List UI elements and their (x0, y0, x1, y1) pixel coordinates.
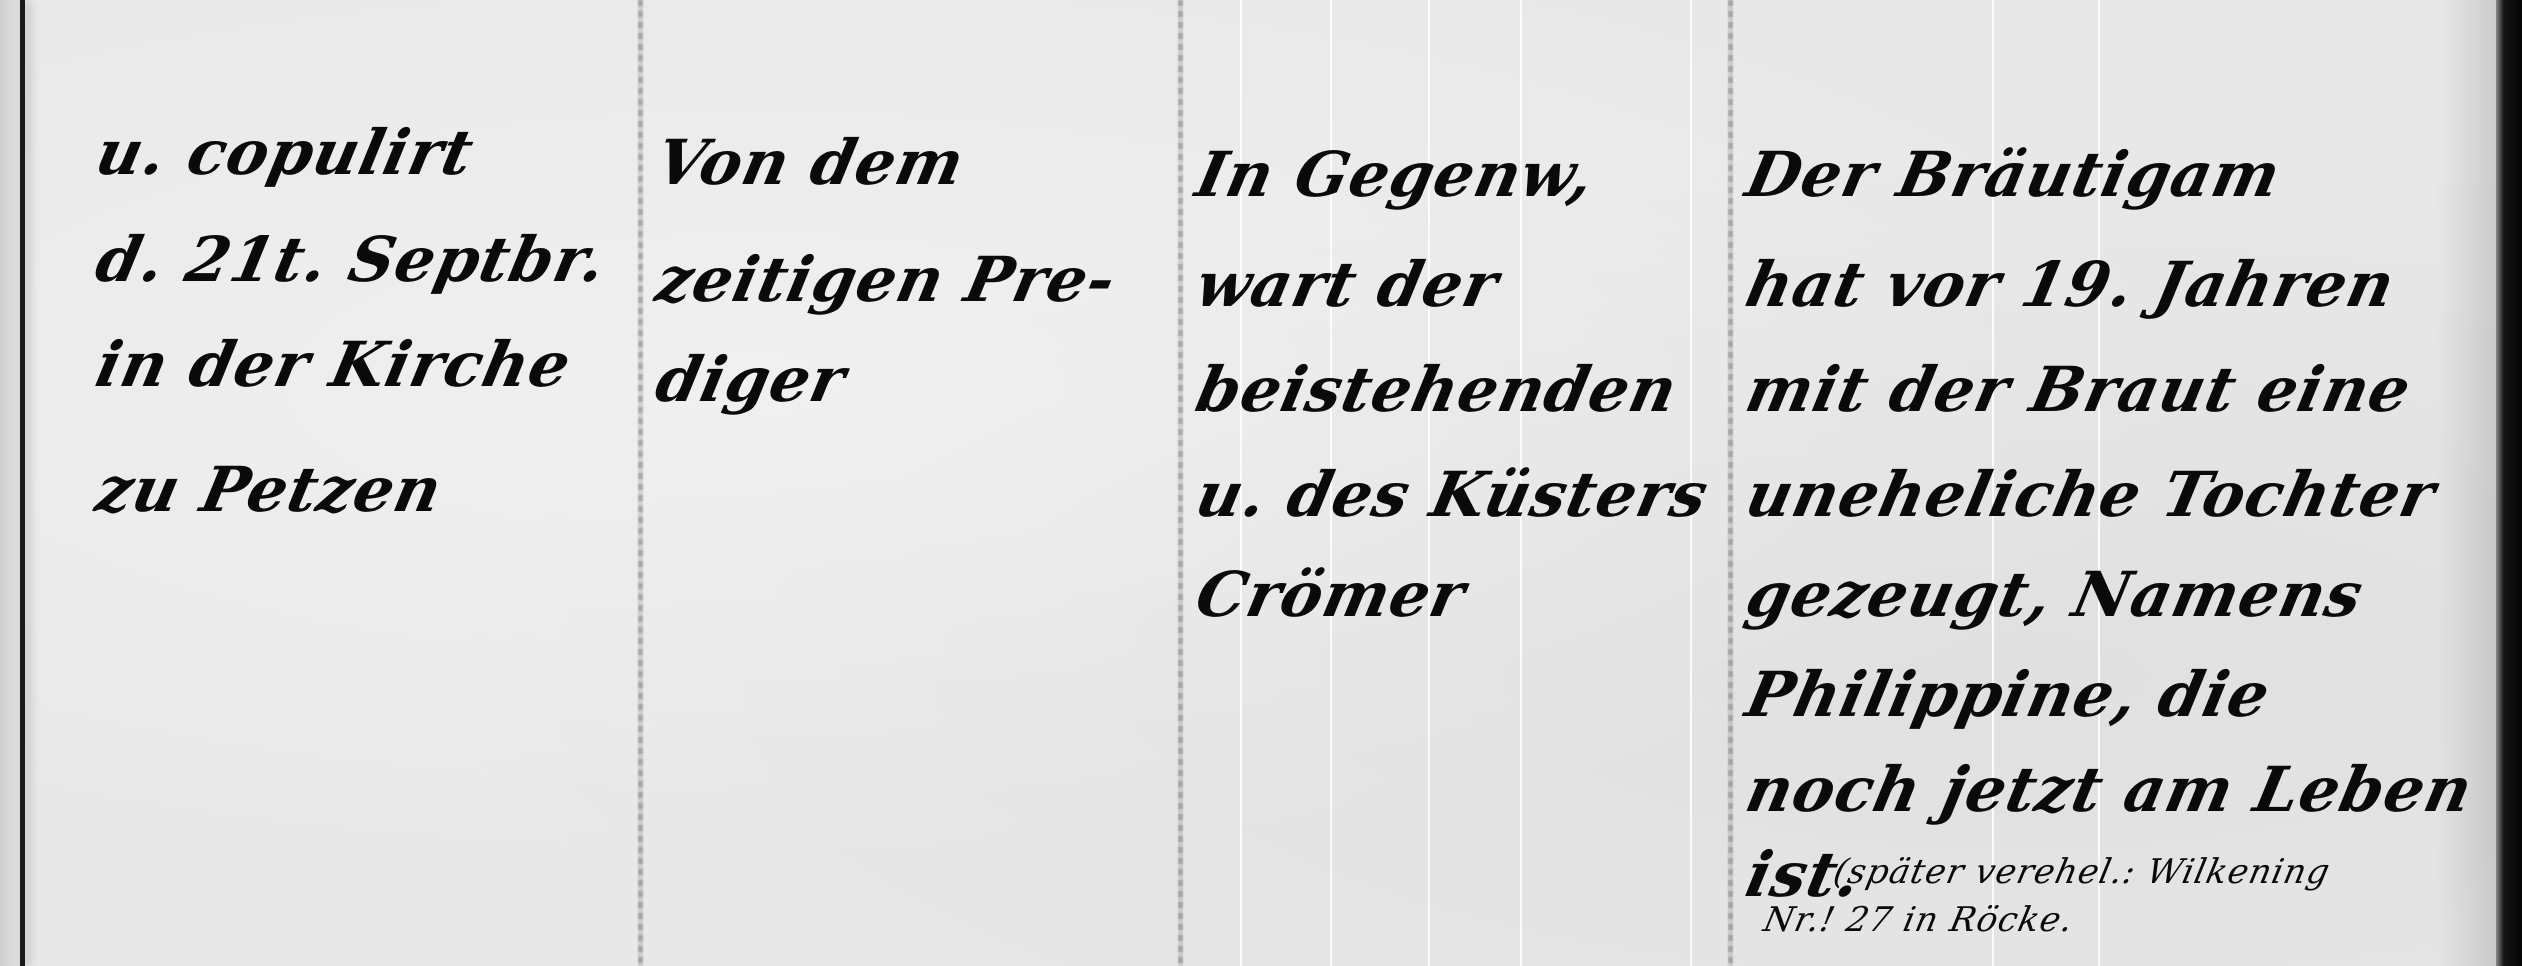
later-annotation-line: Nr.! 27 in Röcke. (1760, 900, 2077, 940)
binding-shadow (2436, 0, 2496, 966)
handwritten-line: mit der Braut eine (1740, 355, 2417, 425)
page-binding-edge (2496, 0, 2522, 966)
handwritten-line: d. 21t. Septbr. (90, 225, 613, 295)
handwritten-line: zeitigen Pre- (650, 245, 1122, 315)
left-margin-rule (20, 0, 25, 966)
handwritten-line: u. des Küsters (1190, 460, 1715, 530)
handwritten-line: Von dem (650, 128, 971, 198)
handwritten-line: noch jetzt am Leben (1740, 755, 2479, 825)
register-page: u. copulirt d. 21t. Septbr. in der Kirch… (0, 0, 2522, 966)
column-remarks: Der Bräutigam hat vor 19. Jahren mit der… (1740, 0, 2500, 966)
column-officiant: Von dem zeitigen Pre- diger (650, 0, 1180, 966)
handwritten-line: wart der (1190, 250, 1505, 320)
handwritten-line: zu Petzen (90, 455, 449, 525)
handwritten-line: hat vor 19. Jahren (1740, 250, 2401, 320)
later-annotation-line: (später verehel.: Wilkening (1830, 852, 2334, 892)
handwritten-line: u. copulirt (90, 118, 480, 188)
column-marriage-date-place: u. copulirt d. 21t. Septbr. in der Kirch… (90, 0, 640, 966)
handwritten-line: In Gegenw, (1190, 140, 1601, 210)
handwritten-line: Philippine, die (1740, 660, 2277, 730)
handwritten-line: beistehenden (1190, 355, 1684, 425)
column-witnesses: In Gegenw, wart der beistehenden u. des … (1190, 0, 1730, 966)
handwritten-line: Der Bräutigam (1740, 140, 2287, 210)
handwritten-line: gezeugt, Namens (1740, 560, 2369, 630)
handwritten-line: uneheliche Tochter (1740, 460, 2442, 530)
handwritten-line: diger (650, 345, 852, 415)
handwritten-line: Crömer (1190, 560, 1472, 630)
page-edge-shadow (0, 0, 20, 966)
handwritten-line: in der Kirche (90, 330, 578, 400)
